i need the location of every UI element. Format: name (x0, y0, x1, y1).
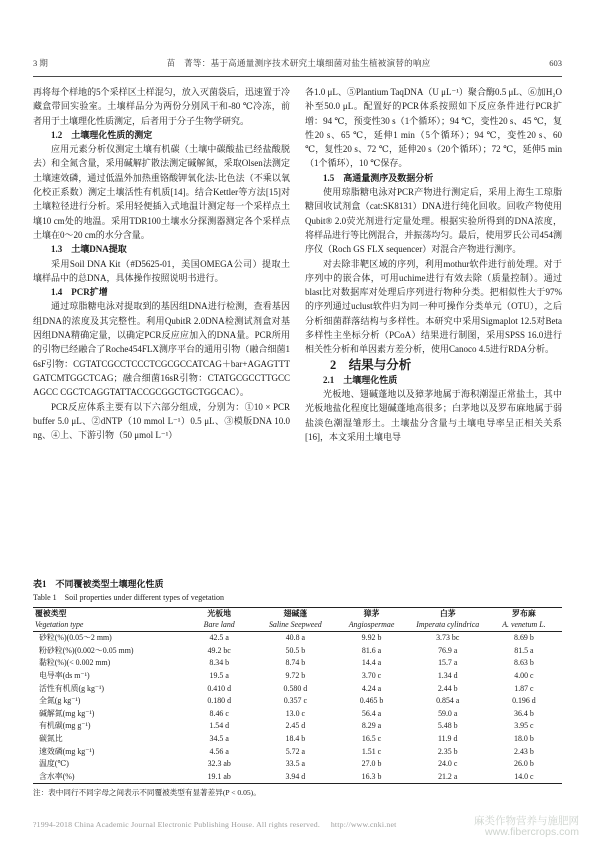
cell-value: 0.196 d (486, 695, 562, 708)
cell-value: 5.48 b (410, 720, 486, 733)
section-heading-2-1: 2.1 土壤理化性质 (305, 373, 562, 387)
cell-value: 34.5 a (181, 733, 257, 746)
column-header: 白茅Imperata cylindrica (410, 608, 486, 632)
section-heading-1-3: 1.3 土壤DNA提取 (33, 242, 290, 256)
cell-value: 81.6 a (333, 645, 409, 658)
cell-value: 56.4 a (333, 708, 409, 721)
table-caption-zh: 表1 不同覆被类型土壤理化性质 (33, 577, 562, 590)
table-row: 活性有机质(g kg⁻¹)0.410 d0.580 d4.24 a2.44 b1… (33, 683, 562, 696)
cell-value: 1.51 c (333, 746, 409, 759)
cell-value: 9.92 b (333, 632, 409, 645)
cell-value: 2.35 b (410, 746, 486, 759)
cell-value: 9.72 b (257, 670, 333, 683)
cell-value: 0.410 d (181, 683, 257, 696)
cell-value: 19.1 ab (181, 771, 257, 784)
cell-value: 18.0 b (486, 733, 562, 746)
cell-value: 16.5 c (333, 733, 409, 746)
cell-value: 1.54 d (181, 720, 257, 733)
paragraph: PCR反应体系主要有以下六部分组成，分别为：①10 × PCR buffer 5… (33, 400, 290, 443)
cell-value: 49.2 bc (181, 645, 257, 658)
paragraph: 应用元素分析仪测定土壤有机碳（土壤中碳酸盐已经盐酸脱去）和全氮含量，采用碱解扩散… (33, 142, 290, 242)
cell-value: 5.72 a (257, 746, 333, 759)
row-label: 电导率(ds m⁻¹) (33, 670, 181, 683)
section-heading-1-4: 1.4 PCR扩增 (33, 285, 290, 299)
cell-value: 0.180 d (181, 695, 257, 708)
cell-value: 42.5 a (181, 632, 257, 645)
table-row: 黏粒(%)(< 0.002 mm)8.34 b8.74 b14.4 a15.7 … (33, 657, 562, 670)
column-header: 翅碱蓬Saline Seepweed (257, 608, 333, 632)
cell-value: 2.43 b (486, 746, 562, 759)
running-title: 苗 菁等：基于高通量测序技术研究土壤细菌对盐生植被演替的响应 (48, 57, 549, 69)
paragraph: 通过琼脂糖电泳对提取到的基因组DNA进行检测，查看基因组DNA的浓度及其完整性。… (33, 299, 290, 399)
watermark: 麻类作物营养与施肥网 www.fibercrops.com (474, 816, 579, 838)
cell-value: 32.3 ab (181, 758, 257, 771)
cell-value: 1.87 c (486, 683, 562, 696)
cell-value: 13.0 c (257, 708, 333, 721)
table-row: 碱解氮(mg kg⁻¹)8.46 c13.0 c56.4 a59.0 a36.4… (33, 708, 562, 721)
row-label: 全氮(g kg⁻¹) (33, 695, 181, 708)
copyright-text: ?1994-2018 China Academic Journal Electr… (33, 820, 320, 829)
paragraph: 再将每个样地的5个采样区土样混匀，放入灭菌袋后，迅速置于冷藏盒带回实验室。土壤样… (33, 85, 290, 128)
row-label: 砂粒(%)(0.05～2 mm) (33, 632, 181, 645)
paper-page: { "header": { "issue": "3 期", "running_t… (0, 0, 595, 842)
cell-value: 14.4 a (333, 657, 409, 670)
table-note: 注：表中同行不同字母之间表示不同覆被类型有显著差异(P < 0.05)。 (33, 787, 562, 798)
section-heading-1-5: 1.5 高通量测序及数据分析 (305, 171, 562, 185)
cell-value: 0.580 d (257, 683, 333, 696)
column-en: Bare land (183, 620, 255, 631)
table-row: 温度(℃)32.3 ab33.5 a27.0 b24.0 c26.0 b (33, 758, 562, 771)
column-en: Imperata cylindrica (412, 620, 484, 631)
cell-value: 4.00 c (486, 670, 562, 683)
column-header: 光板地Bare land (181, 608, 257, 632)
cell-value: 36.4 b (486, 708, 562, 721)
cell-value: 4.24 a (333, 683, 409, 696)
cnki-url: http://www.cnki.net (331, 820, 397, 829)
table-row: 粉砂粒(%)(0.002～0.05 mm)49.2 bc50.5 b81.6 a… (33, 645, 562, 658)
cell-value: 0.465 b (333, 695, 409, 708)
table-row: 有机碳(mg g⁻¹)1.54 d2.45 d8.29 a5.48 b3.95 … (33, 720, 562, 733)
table-caption-en: Table 1 Soil properties under different … (33, 592, 562, 603)
cell-value: 8.74 b (257, 657, 333, 670)
row-label: 温度(℃) (33, 758, 181, 771)
paragraph: 采用Soil DNA Kit（#D5625-01，美国OMEGA公司）提取土壤样… (33, 257, 290, 286)
row-label: 碱解氮(mg kg⁻¹) (33, 708, 181, 721)
cell-value: 50.5 b (257, 645, 333, 658)
cell-value: 14.0 c (486, 771, 562, 784)
table-row: 电导率(ds m⁻¹)19.5 a9.72 b3.70 c1.34 d4.00 … (33, 670, 562, 683)
column-en: Vegetation type (35, 620, 179, 631)
cell-value: 3.95 c (486, 720, 562, 733)
section-heading-2: 2 结果与分析 (305, 357, 562, 373)
row-label: 碳氮比 (33, 733, 181, 746)
cell-value: 0.854 a (410, 695, 486, 708)
table-row: 速效磷(mg kg⁻¹)4.56 a5.72 a1.51 c2.35 b2.43… (33, 746, 562, 759)
two-column-body: 再将每个样地的5个采样区土样混匀，放入灭菌袋后，迅速置于冷藏盒带回实验室。土壤样… (33, 85, 562, 574)
table-1-block: 表1 不同覆被类型土壤理化性质 Table 1 Soil properties … (33, 577, 562, 798)
cell-value: 8.63 b (486, 657, 562, 670)
column-zh: 覆被类型 (35, 609, 179, 620)
page-number: 603 (549, 58, 562, 68)
cell-value: 2.44 b (410, 683, 486, 696)
cell-value: 2.45 d (257, 720, 333, 733)
cell-value: 0.357 c (257, 695, 333, 708)
column-header-vegetation-type: 覆被类型 Vegetation type (33, 608, 181, 632)
paragraph: 各1.0 μL、⑤Plantium TaqDNA（U μL⁻¹）聚合酶0.5 μ… (305, 85, 562, 171)
cell-value: 1.34 d (410, 670, 486, 683)
section-heading-1-2: 1.2 土壤理化性质的测定 (33, 128, 290, 142)
right-column: 各1.0 μL、⑤Plantium TaqDNA（U μL⁻¹）聚合酶0.5 μ… (305, 85, 562, 574)
table-row: 碳氮比34.5 a18.4 b16.5 c11.9 d18.0 b (33, 733, 562, 746)
row-label: 活性有机质(g kg⁻¹) (33, 683, 181, 696)
column-zh: 獐茅 (335, 609, 407, 620)
cell-value: 19.5 a (181, 670, 257, 683)
cell-value: 18.4 b (257, 733, 333, 746)
cell-value: 33.5 a (257, 758, 333, 771)
page-header: 3 期 苗 菁等：基于高通量测序技术研究土壤细菌对盐生植被演替的响应 603 (33, 57, 562, 69)
cell-value: 24.0 c (410, 758, 486, 771)
paragraph: 使用琼脂糖电泳对PCR产物进行测定后，采用上海生工琼脂糖回收试剂盒（cat:SK… (305, 185, 562, 256)
cell-value: 27.0 b (333, 758, 409, 771)
cell-value: 59.0 a (410, 708, 486, 721)
row-label: 速效磷(mg kg⁻¹) (33, 746, 181, 759)
table-header-row: 覆被类型 Vegetation type 光板地Bare land翅碱蓬Sali… (33, 608, 562, 632)
table-row: 砂粒(%)(0.05～2 mm)42.5 a40.8 a9.92 b3.73 b… (33, 632, 562, 645)
cell-value: 81.5 a (486, 645, 562, 658)
row-label: 含水率(%) (33, 771, 181, 784)
paragraph: 光板地、翅碱蓬地以及獐茅地属于海积潮湿正常盐土，其中光板地盐化程度比翅碱蓬地高很… (305, 387, 562, 444)
column-zh: 翅碱蓬 (259, 609, 331, 620)
footer-copyright: ?1994-2018 China Academic Journal Electr… (33, 820, 397, 829)
cell-value: 3.70 c (333, 670, 409, 683)
cell-value: 8.69 b (486, 632, 562, 645)
left-column: 再将每个样地的5个采样区土样混匀，放入灭菌袋后，迅速置于冷藏盒带回实验室。土壤样… (33, 85, 290, 574)
row-label: 有机碳(mg g⁻¹) (33, 720, 181, 733)
cell-value: 8.34 b (181, 657, 257, 670)
column-zh: 光板地 (183, 609, 255, 620)
cell-value: 40.8 a (257, 632, 333, 645)
column-header: 罗布麻A. venetum L. (486, 608, 562, 632)
header-rule (33, 76, 562, 77)
column-en: Angiospermae (335, 620, 407, 631)
cell-value: 8.46 c (181, 708, 257, 721)
cell-value: 21.2 a (410, 771, 486, 784)
column-en: Saline Seepweed (259, 620, 331, 631)
cell-value: 26.0 b (486, 758, 562, 771)
column-zh: 白茅 (412, 609, 484, 620)
row-label: 黏粒(%)(< 0.002 mm) (33, 657, 181, 670)
cell-value: 15.7 a (410, 657, 486, 670)
cell-value: 76.9 a (410, 645, 486, 658)
cell-value: 4.56 a (181, 746, 257, 759)
journal-issue: 3 期 (33, 57, 48, 69)
table-row: 含水率(%)19.1 ab3.94 d16.3 b21.2 a14.0 c (33, 771, 562, 784)
paragraph: 对去除非靶区域的序列，利用mothur软件进行前处理。对于序列中的嵌合体，可用u… (305, 257, 562, 357)
column-zh: 罗布麻 (488, 609, 560, 620)
cell-value: 16.3 b (333, 771, 409, 784)
cell-value: 11.9 d (410, 733, 486, 746)
row-label: 粉砂粒(%)(0.002～0.05 mm) (33, 645, 181, 658)
column-en: A. venetum L. (488, 620, 560, 631)
cell-value: 8.29 a (333, 720, 409, 733)
soil-properties-table: 覆被类型 Vegetation type 光板地Bare land翅碱蓬Sali… (33, 607, 562, 784)
column-header: 獐茅Angiospermae (333, 608, 409, 632)
table-row: 全氮(g kg⁻¹)0.180 d0.357 c0.465 b0.854 a0.… (33, 695, 562, 708)
cell-value: 3.94 d (257, 771, 333, 784)
cell-value: 3.73 bc (410, 632, 486, 645)
watermark-line2: www.fibercrops.com (474, 827, 579, 838)
